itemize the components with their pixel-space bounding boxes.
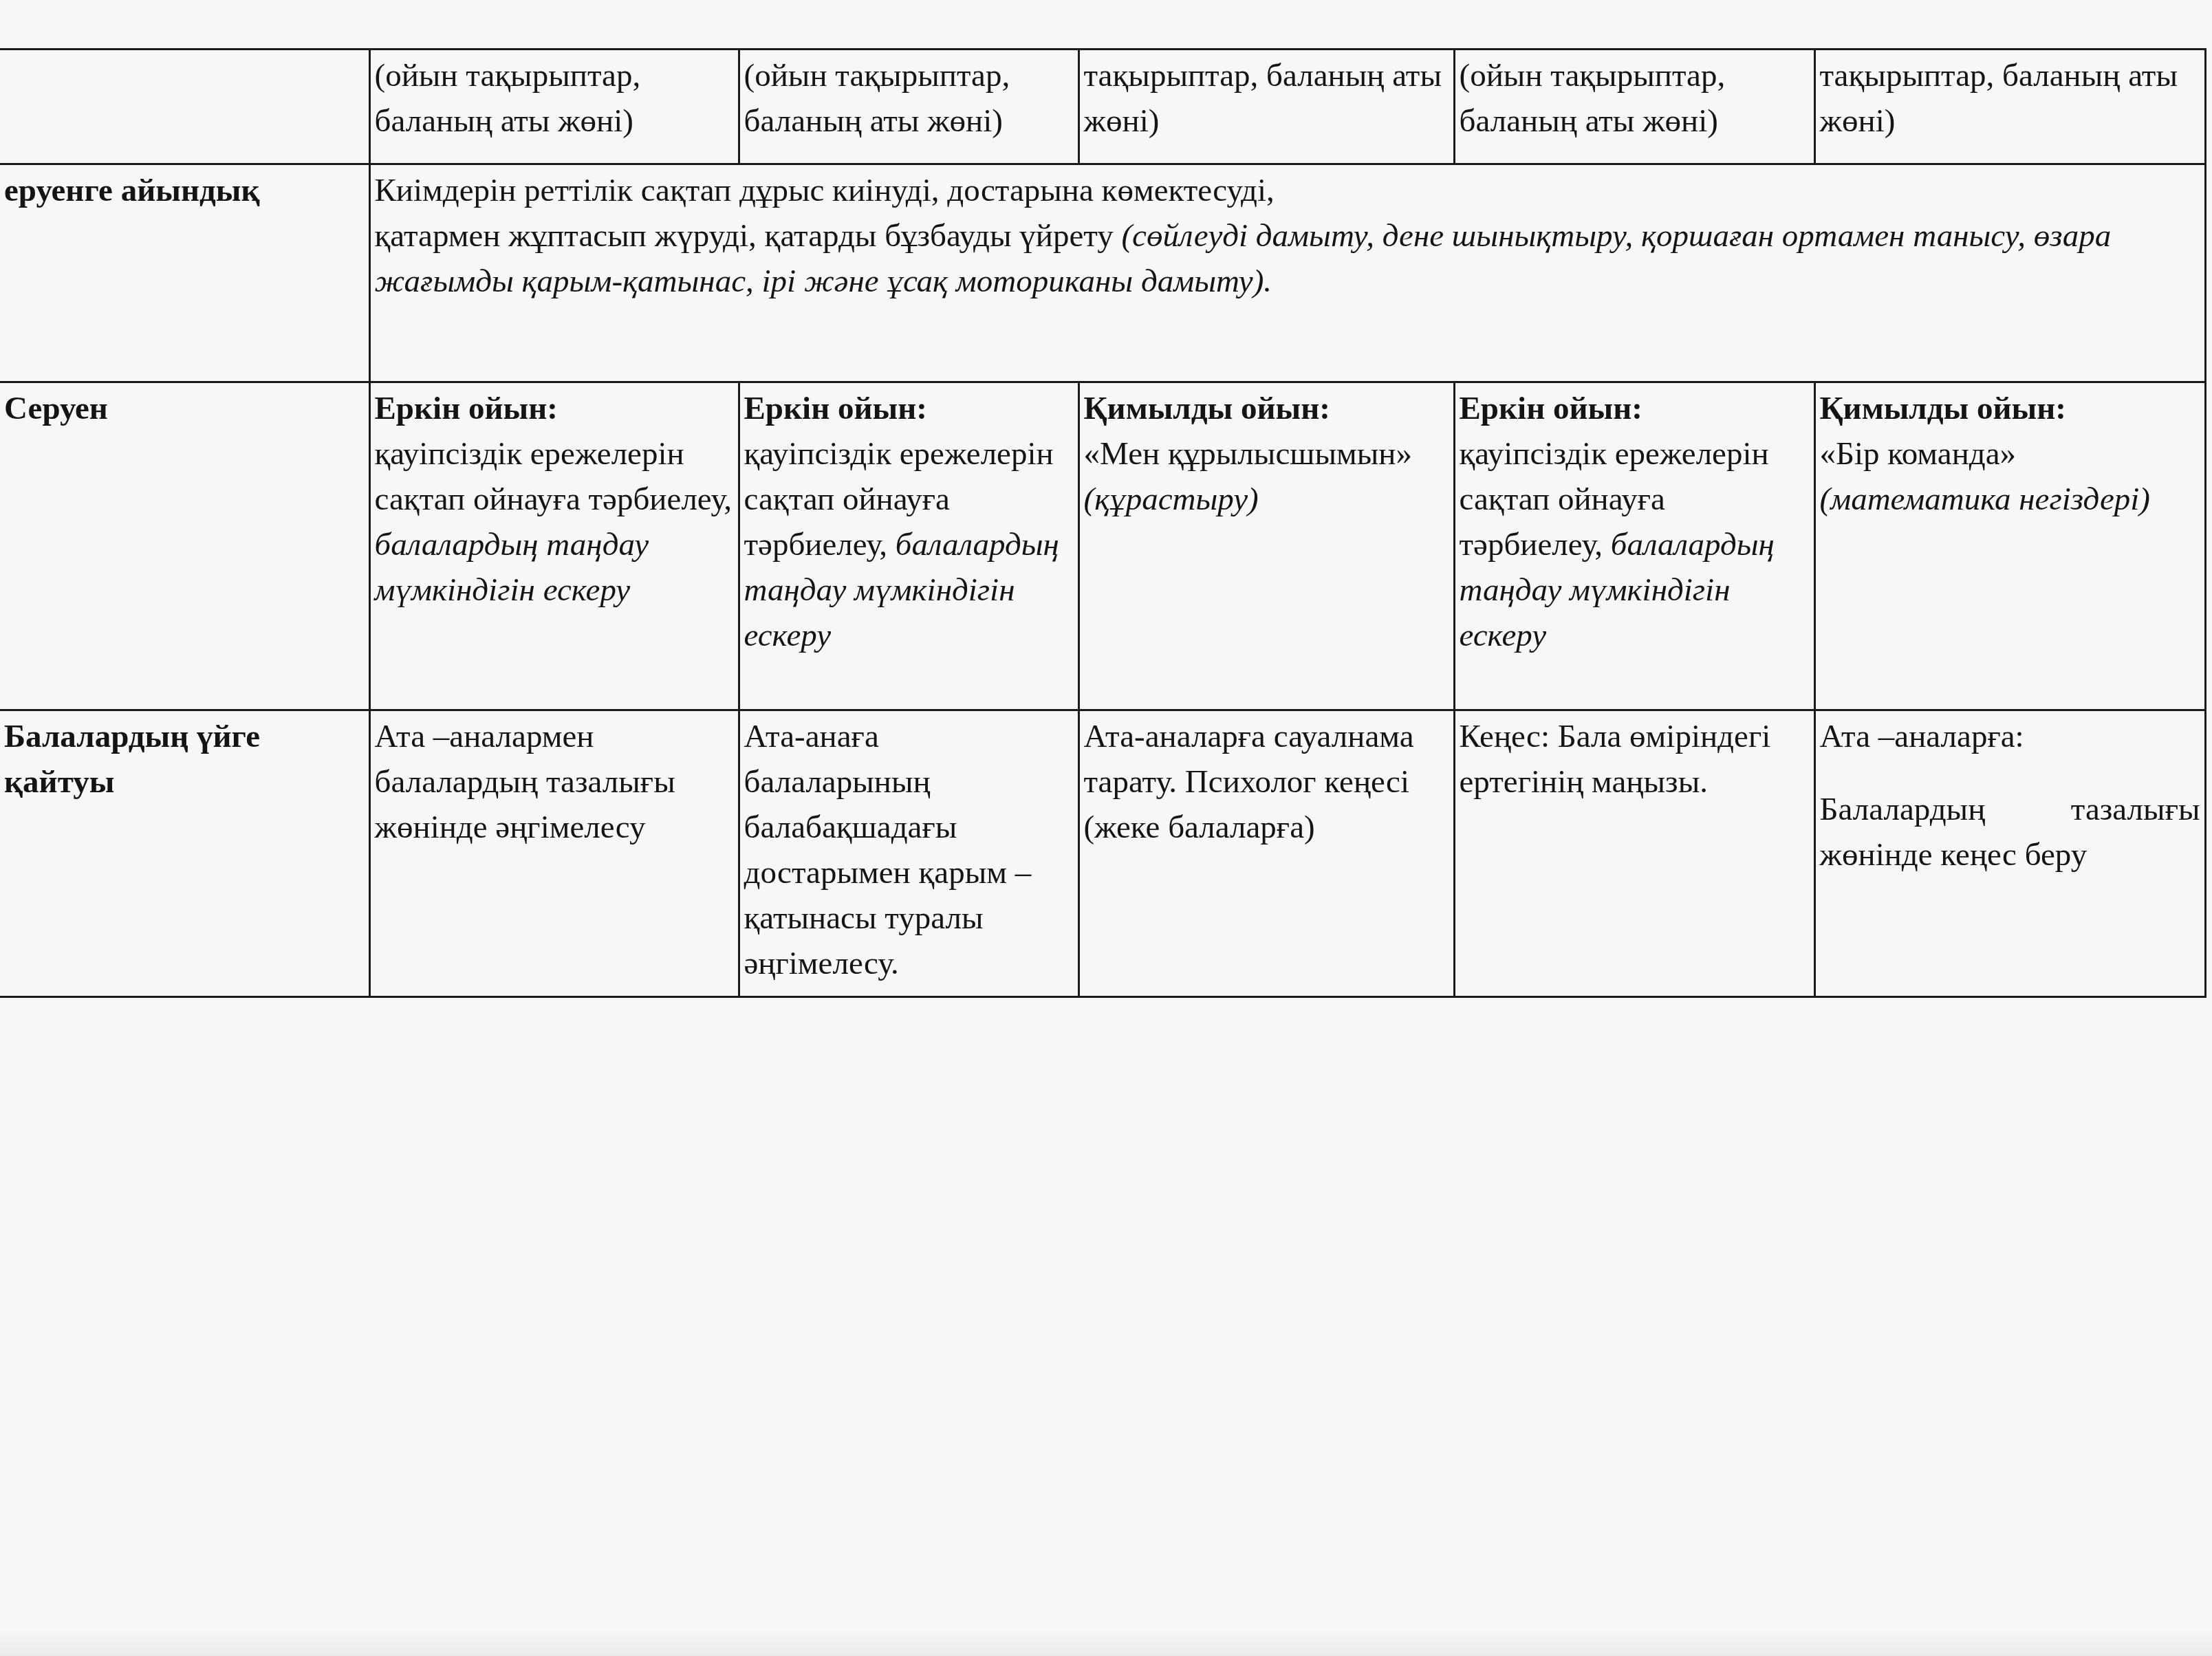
walk-3-italic: (құрастыру) [1084, 481, 1259, 517]
walk-1-italic: балалардың таңдау мүмкіндігін ескеру [375, 527, 649, 608]
walk-3-text: «Мен құрылысшымын» [1084, 431, 1449, 477]
row-label-walk-prep: еруенге айындық [0, 164, 369, 382]
cell-walk-3: Қимылды ойын: «Мен құрылысшымын» (құраст… [1078, 382, 1454, 710]
walk-4-title: Еркін ойын: [1460, 386, 1810, 431]
cell-walk-4: Еркін ойын: қауіпсіздік ережелерін сақта… [1454, 382, 1814, 710]
table-row-topics: (ойын тақырыптар, баланың аты жөні) (ойы… [0, 50, 2205, 164]
cell-topic-1: (ойын тақырыптар, баланың аты жөні) [369, 50, 739, 164]
cell-walk-prep: Киімдерін реттілік сақтап дұрыс киінуді,… [369, 164, 2205, 382]
cell-topic-2: (ойын тақырыптар, баланың аты жөні) [739, 50, 1078, 164]
cell-home-4: Кеңес: Бала өміріндегі ертегінің маңызы. [1454, 710, 1814, 997]
row-label-empty [0, 50, 369, 164]
table-row-walk: Серуен Еркін ойын: қауіпсіздік ережелері… [0, 382, 2205, 710]
daily-plan-table: (ойын тақырыптар, баланың аты жөні) (ойы… [0, 48, 2206, 998]
cell-walk-2: Еркін ойын: қауіпсіздік ережелерін сақта… [739, 382, 1078, 710]
table-row-going-home: Балалардың үйге қайтуы Ата –аналармен ба… [0, 710, 2205, 997]
cell-walk-1: Еркін ойын: қауіпсіздік ережелерін сақта… [369, 382, 739, 710]
walk-3-title: Қимылды ойын: [1084, 386, 1449, 431]
cell-walk-5: Қимылды ойын: «Бір команда» (математика … [1814, 382, 2205, 710]
home-5-spacer [1820, 759, 2200, 787]
cell-topic-4: (ойын тақырыптар, баланың аты жөні) [1454, 50, 1814, 164]
walk-1-text: қауіпсіздік ережелерін сақтап ойнауға тә… [375, 436, 733, 517]
paper-bottom-shadow [0, 1628, 2212, 1656]
walk-5-italic: (математика негіздері) [1820, 481, 2151, 517]
walk-1-title: Еркін ойын: [375, 386, 734, 431]
cell-home-3: Ата-аналарға сауалнама тарату. Психолог … [1078, 710, 1454, 997]
row-label-going-home: Балалардың үйге қайтуы [0, 710, 369, 997]
cell-topic-3: тақырыптар, баланың аты жөні) [1078, 50, 1454, 164]
home-5-line-2: Балалардың тазалығы жөнінде кеңес беру [1820, 787, 2200, 878]
cell-home-5: Ата –аналарға: Балалардың тазалығы жөнін… [1814, 710, 2205, 997]
walk-5-title: Қимылды ойын: [1820, 386, 2200, 431]
cell-topic-5: тақырыптар, баланың аты жөні) [1814, 50, 2205, 164]
walk-2-title: Еркін ойын: [744, 386, 1074, 431]
cell-home-2: Ата-анаға балаларының балабақшадағы дост… [739, 710, 1078, 997]
row-label-walk: Серуен [0, 382, 369, 710]
walk-prep-text-2: қатармен жұптасып жүруді, қатарды бұзбау… [375, 218, 1122, 254]
cell-home-1: Ата –аналармен балалардың тазалығы жөнін… [369, 710, 739, 997]
walk-5-text: «Бір команда» [1820, 431, 2200, 477]
walk-prep-text-1: Киімдерін реттілік сақтап дұрыс киінуді,… [375, 168, 2200, 213]
table-row-walk-prep: еруенге айындық Киімдерін реттілік сақта… [0, 164, 2205, 382]
home-5-line-1: Ата –аналарға: [1820, 714, 2200, 759]
